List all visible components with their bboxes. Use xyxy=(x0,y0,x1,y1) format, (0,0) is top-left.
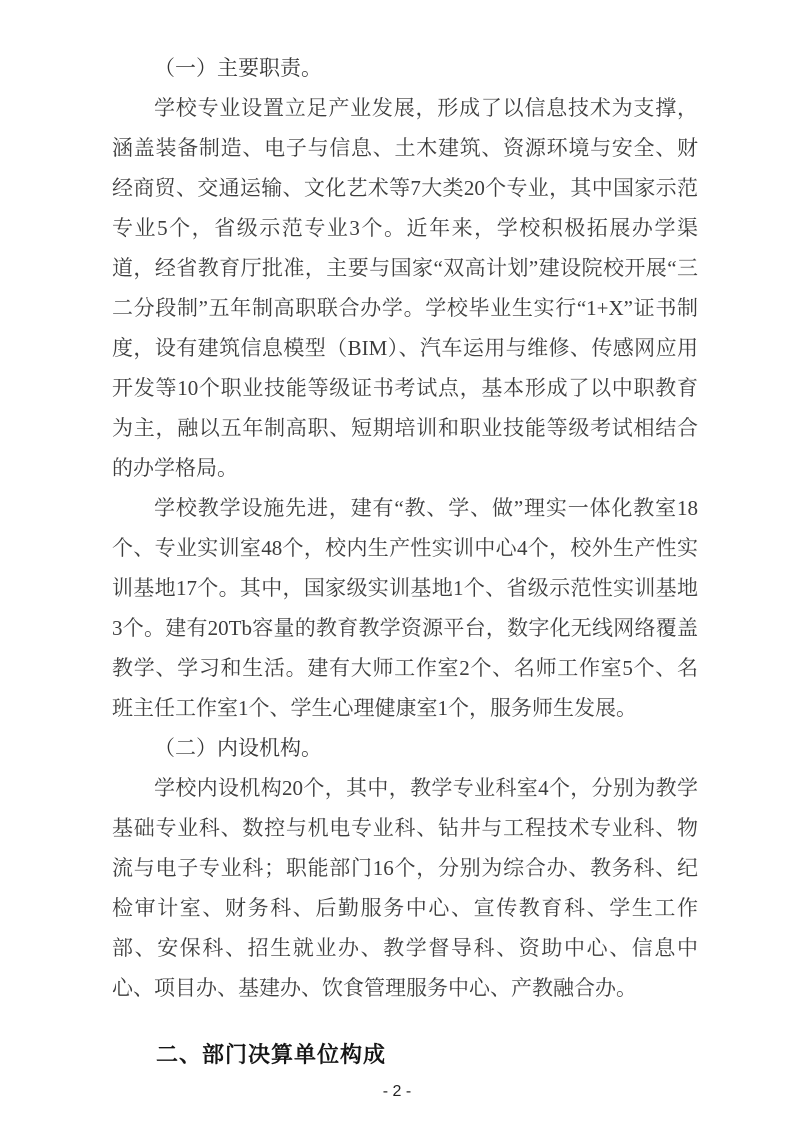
document-page: （一）主要职责。 学校专业设置立足产业发展，形成了以信息技术为支撑，涵盖装备制造… xyxy=(0,0,794,1123)
paragraph-internal-organs-detail: 学校内设机构20个，其中，教学专业科室4个，分别为教学基础专业科、数控与机电专业… xyxy=(112,768,698,1008)
paragraph-teaching-facilities: 学校教学设施先进，建有“教、学、做”理实一体化教室18个、专业实训室48个，校内… xyxy=(112,488,698,728)
subsection-heading-main-duties: （一）主要职责。 xyxy=(112,48,698,88)
subsection-heading-internal-organs: （二）内设机构。 xyxy=(112,728,698,768)
document-body: （一）主要职责。 学校专业设置立足产业发展，形成了以信息技术为支撑，涵盖装备制造… xyxy=(112,48,698,1075)
page-number: - 2 - xyxy=(0,1081,794,1103)
paragraph-school-majors-overview: 学校专业设置立足产业发展，形成了以信息技术为支撑，涵盖装备制造、电子与信息、土木… xyxy=(112,88,698,488)
section-heading-budget-unit-composition: 二、部门决算单位构成 xyxy=(112,1035,698,1075)
